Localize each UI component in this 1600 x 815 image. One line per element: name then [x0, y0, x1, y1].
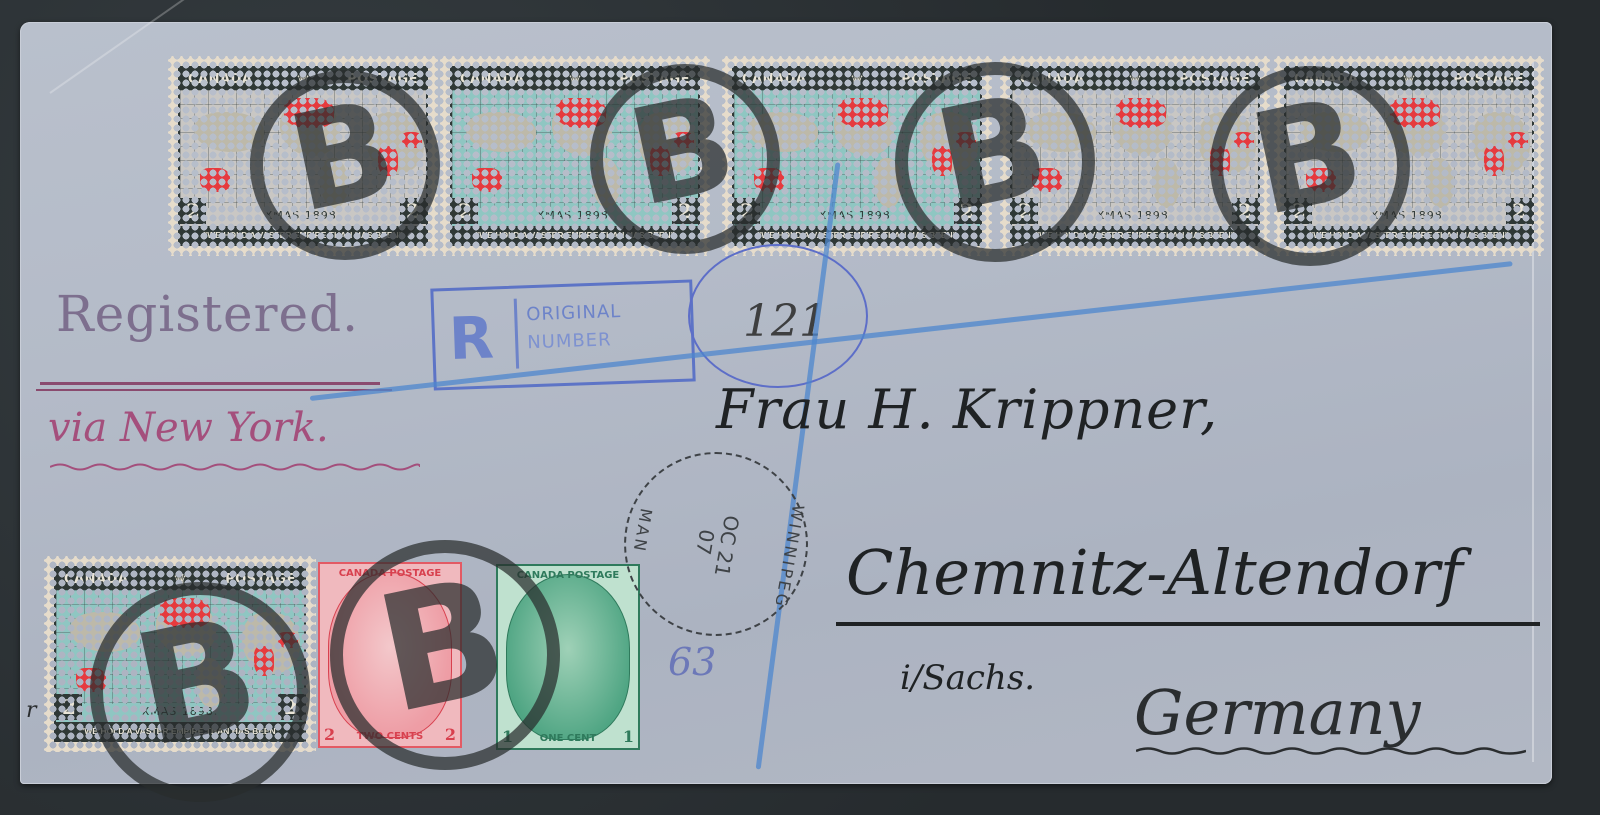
winnipeg-postmark: WINNIPEG MAN OC 21 07: [624, 452, 808, 636]
left-edge-mark: r: [26, 698, 37, 723]
empire-australia: [200, 168, 230, 192]
pencil-note: 63: [668, 640, 716, 684]
stamp-value-left: 2: [56, 694, 82, 720]
stamp-value-right: 1: [623, 727, 634, 746]
via-wavy-underline: [50, 462, 420, 472]
registered-underline-2: [36, 389, 392, 391]
registered-underline: [40, 382, 380, 385]
empire-africa: [1484, 146, 1504, 176]
address-underline: [836, 622, 1540, 626]
r-box-number: NUMBER: [527, 329, 612, 353]
stamp-value-left: 2: [324, 725, 335, 744]
r-box-original: ORIGINAL: [526, 301, 622, 325]
address-recipient: Frau H. Krippner,: [716, 378, 1218, 441]
r-box-divider: [514, 299, 519, 369]
country-wavy-underline: [1136, 746, 1526, 756]
r-letter: R: [448, 303, 495, 373]
registration-r-box: R ORIGINAL NUMBER: [430, 279, 695, 390]
postmark-province: MAN: [629, 507, 656, 555]
crown-icon: ♛: [850, 70, 864, 89]
land-south-america: [1426, 158, 1454, 208]
crown-icon: ♛: [1402, 70, 1416, 89]
empire-canada: [838, 98, 888, 128]
address-city: Chemnitz-Altendorf: [846, 536, 1463, 609]
stamp-value-left: 2: [180, 198, 206, 224]
empire-australia: [472, 168, 502, 192]
via-new-york-note: via New York.: [48, 405, 329, 451]
land-south-america: [1152, 158, 1180, 208]
crown-icon: ♛: [1128, 70, 1142, 89]
registered-handstamp: Registered.: [56, 285, 359, 343]
postmark-date: OC 21 07: [689, 510, 743, 578]
empire-india: [1508, 132, 1528, 148]
address-country: Germany: [1134, 676, 1421, 749]
empire-canada: [1116, 98, 1166, 128]
stamp-value-right: 2: [1506, 198, 1532, 224]
crown-icon: ♛: [568, 70, 582, 89]
address-region: i/Sachs.: [900, 658, 1035, 698]
stamp-value-left: 2: [452, 198, 478, 224]
